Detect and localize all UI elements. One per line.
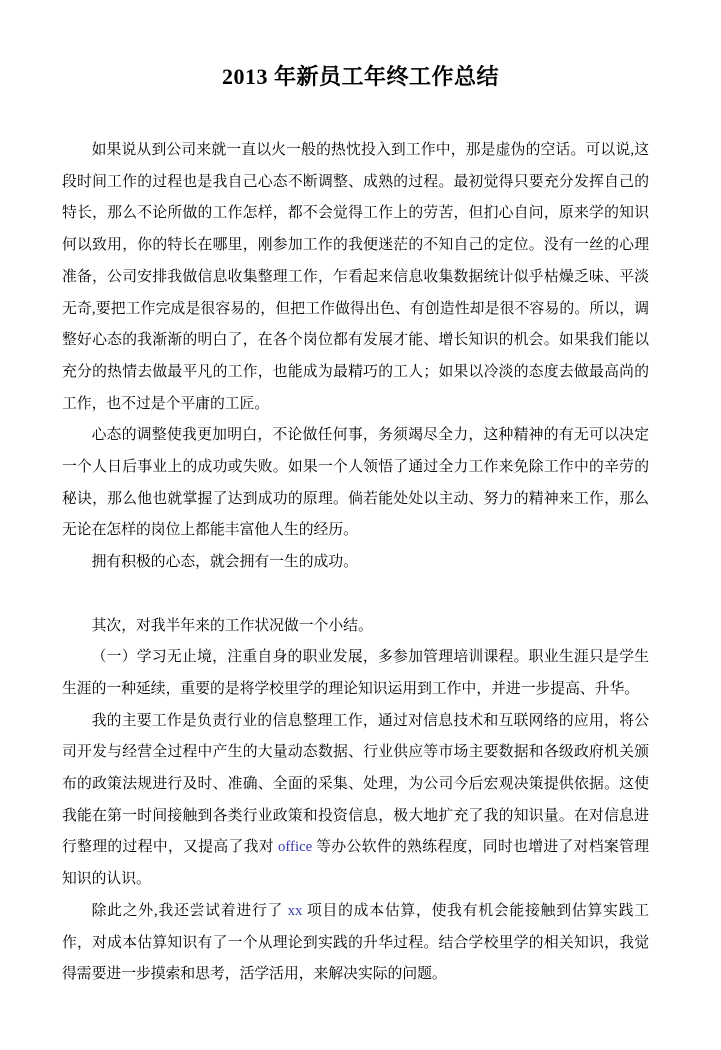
text-run: 除此之外,我还尝试着进行了 [92,903,288,919]
paragraph: （一）学习无止境，注重自身的职业发展，多参加管理培训课程。职业生涯只是学生生涯的… [62,642,649,705]
paragraph: 我的主要工作是负责行业的信息整理工作，通过对信息技术和互联网络的应用，将公司开发… [62,706,649,896]
text-run: 如果说从到公司来就一直以火一般的热忱投入到工作中，那是虚伪的空话。可以说,这段时… [62,142,649,412]
latin-word: xx [288,903,303,919]
paragraph: 心态的调整使我更加明白，不论做任何事，务须竭尽全力，这种精神的有无可以决定一个人… [62,420,649,547]
text-run: 其次，对我半年来的工作状况做一个小结。 [92,618,373,634]
document-title: 2013 年新员工年终工作总结 [0,62,721,92]
text-run: 拥有积极的心态，就会拥有一生的成功。 [92,554,358,570]
text-run: （一）学习无止境，注重自身的职业发展，多参加管理培训课程。职业生涯只是学生生涯的… [62,649,649,697]
document-body: 如果说从到公司来就一直以火一般的热忱投入到工作中，那是虚伪的空话。可以说,这段时… [62,135,649,991]
paragraph: 其次，对我半年来的工作状况做一个小结。 [62,611,649,643]
paragraph: 如果说从到公司来就一直以火一般的热忱投入到工作中，那是虚伪的空话。可以说,这段时… [62,135,649,420]
latin-word: office [278,839,312,855]
document-page: 2013 年新员工年终工作总结 如果说从到公司来就一直以火一般的热忱投入到工作中… [0,0,721,1050]
text-run: 心态的调整使我更加明白，不论做任何事，务须竭尽全力，这种精神的有无可以决定一个人… [62,427,649,538]
text-run: 我的主要工作是负责行业的信息整理工作，通过对信息技术和互联网络的应用，将公司开发… [62,713,649,856]
paragraph: 拥有积极的心态，就会拥有一生的成功。 [62,547,649,579]
paragraph: 除此之外,我还尝试着进行了 xx 项目的成本估算，使我有机会能接触到估算实践工作… [62,896,649,991]
